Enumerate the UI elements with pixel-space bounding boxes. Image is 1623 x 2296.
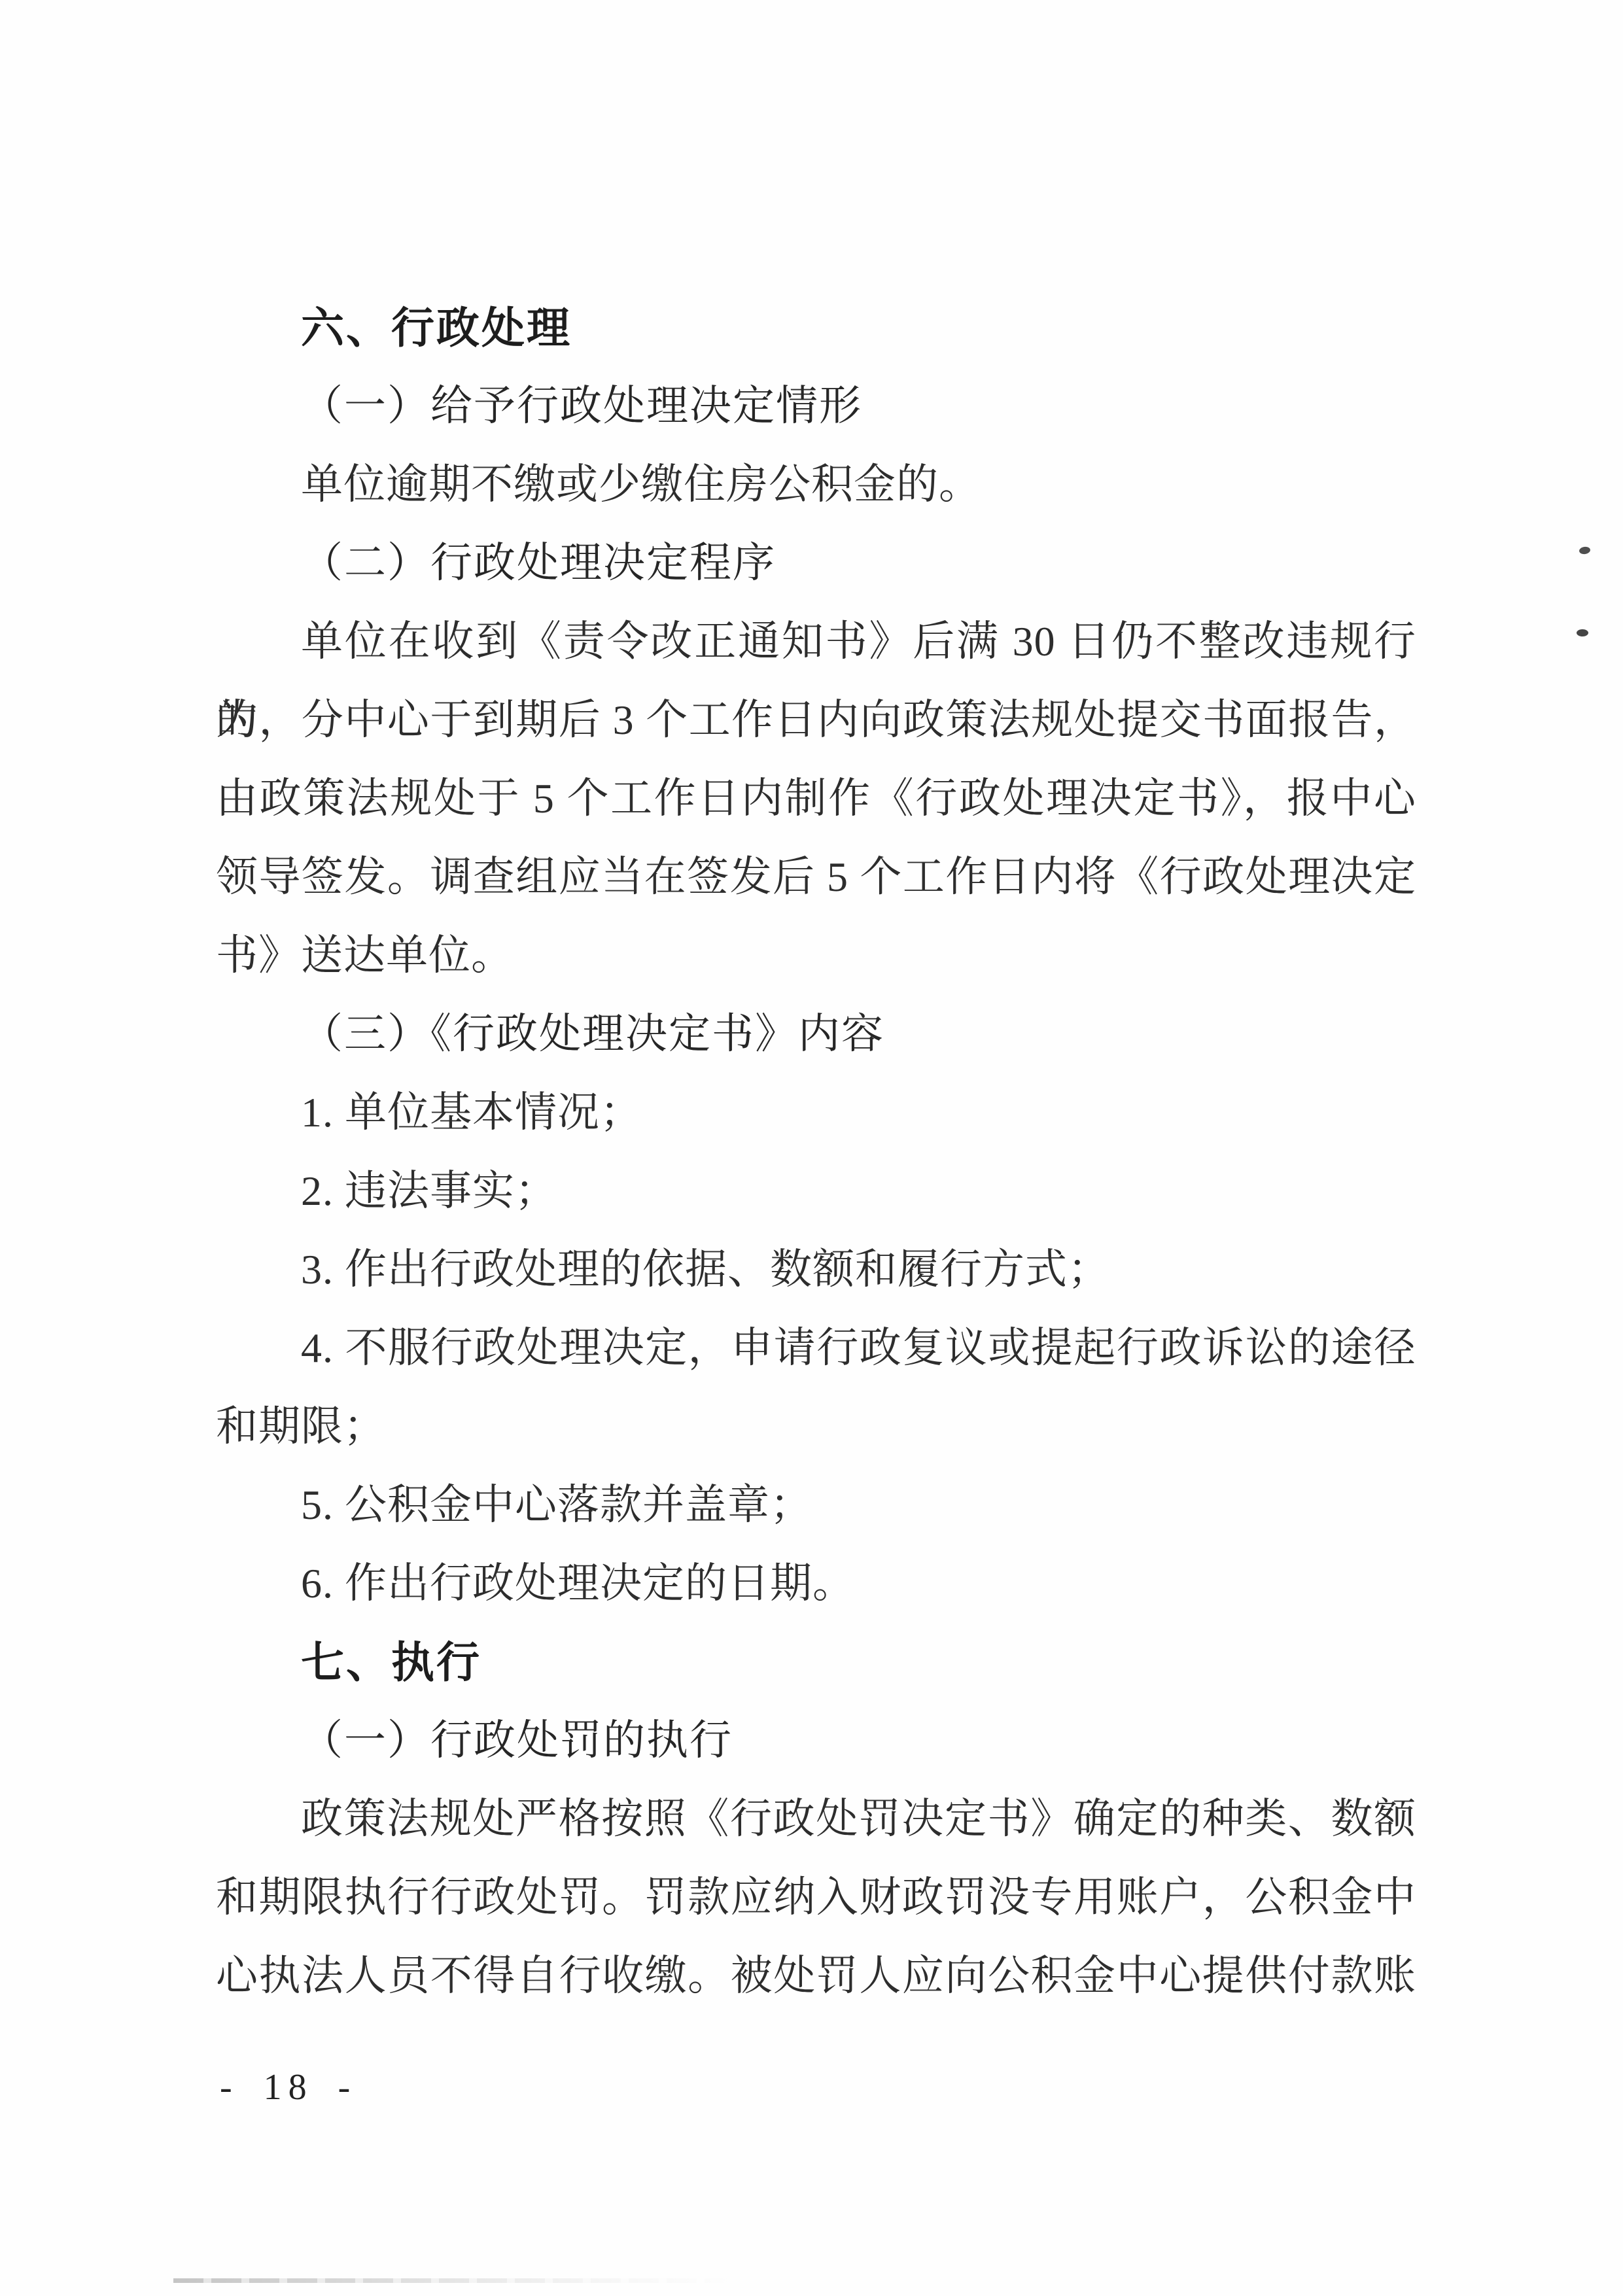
document-page: 六、行政处理 （一）给予行政处理决定情形 单位逾期不缴或少缴住房公积金的。 （二… xyxy=(0,0,1623,2296)
subsection-heading-6-3: （三）《行政处理决定书》内容 xyxy=(216,995,1416,1073)
subsection-heading-6-1: （一）给予行政处理决定情形 xyxy=(216,367,1416,445)
list-item-4-continuation: 和期限； xyxy=(216,1387,1416,1466)
body-line: 政策法规处严格按照《行政处罚决定书》确定的种类、数额 xyxy=(216,1780,1416,1858)
body-line: 和期限执行行政处罚。罚款应纳入财政罚没专用账户，公积金中 xyxy=(216,1858,1416,1937)
list-item-2: 2. 违法事实； xyxy=(216,1152,1416,1230)
document-body: 六、行政处理 （一）给予行政处理决定情形 单位逾期不缴或少缴住房公积金的。 （二… xyxy=(216,288,1416,2015)
body-line: 单位逾期不缴或少缴住房公积金的。 xyxy=(216,445,1416,524)
list-item-3: 3. 作出行政处理的依据、数额和履行方式； xyxy=(216,1230,1416,1309)
body-line: 的，分中心于到期后 3 个工作日内向政策法规处提交书面报告， xyxy=(216,681,1416,759)
subsection-heading-7-1: （一）行政处罚的执行 xyxy=(216,1701,1416,1780)
scan-speck xyxy=(1579,546,1590,555)
body-line: 心执法人员不得自行收缴。被处罚人应向公积金中心提供付款账 xyxy=(216,1937,1416,2015)
list-item-4: 4. 不服行政处理决定，申请行政复议或提起行政诉讼的途径 xyxy=(216,1309,1416,1387)
body-line: 领导签发。调查组应当在签发后 5 个工作日内将《行政处理决定 xyxy=(216,838,1416,916)
body-line: 单位在收到《责令改正通知书》后满 30 日仍不整改违规行为 xyxy=(216,602,1416,681)
body-line: 书》送达单位。 xyxy=(216,916,1416,995)
list-item-5: 5. 公积金中心落款并盖章； xyxy=(216,1466,1416,1544)
section-heading-6: 六、行政处理 xyxy=(216,288,1416,367)
scan-artifact-line xyxy=(173,2278,736,2283)
list-item-6: 6. 作出行政处理决定的日期。 xyxy=(216,1544,1416,1623)
body-line: 由政策法规处于 5 个工作日内制作《行政处理决定书》，报中心 xyxy=(216,759,1416,838)
page-number: - 18 - xyxy=(220,2064,357,2110)
subsection-heading-6-2: （二）行政处理决定程序 xyxy=(216,524,1416,602)
list-item-1: 1. 单位基本情况； xyxy=(216,1073,1416,1152)
section-heading-7: 七、执行 xyxy=(216,1623,1416,1701)
scan-speck xyxy=(1577,629,1588,636)
